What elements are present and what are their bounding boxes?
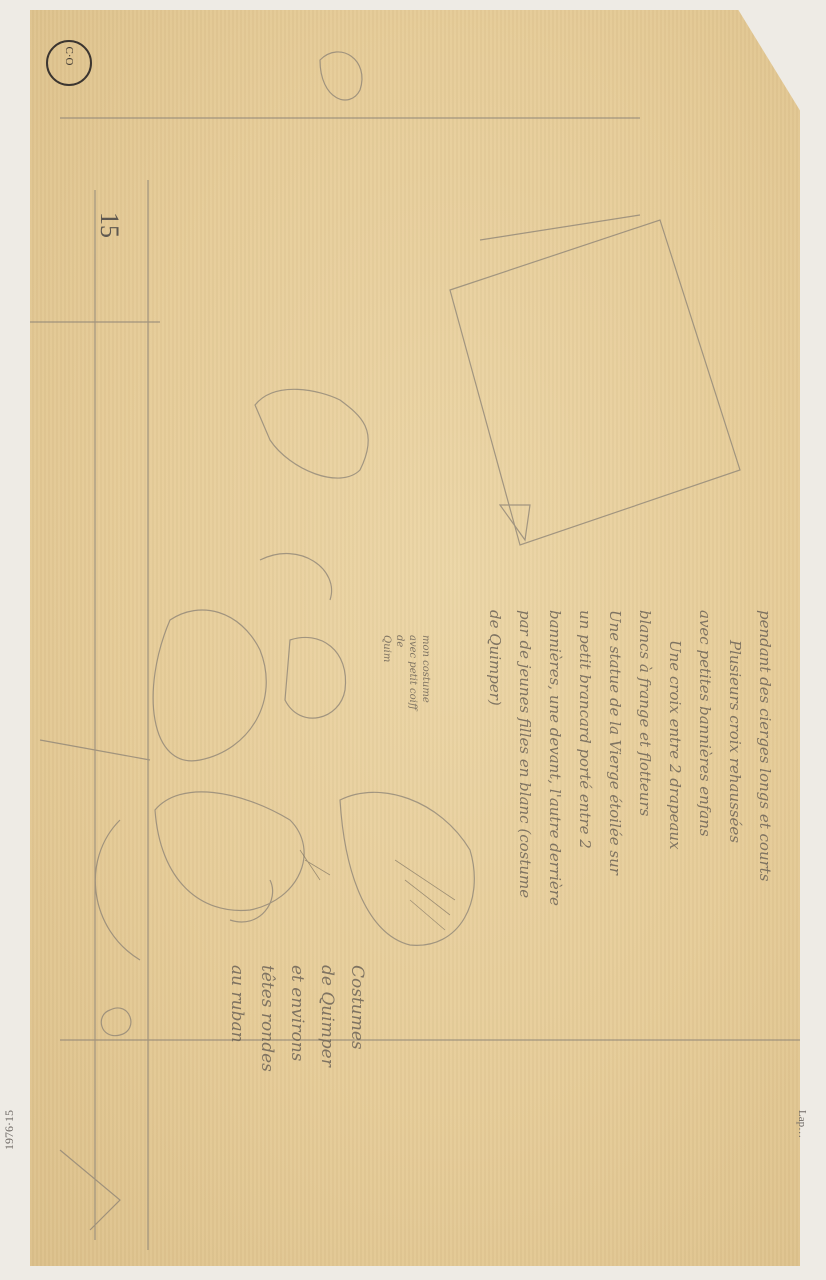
note-line: blancs à frange et flotteurs bbox=[630, 610, 660, 906]
catalog-mark: 1976·15 bbox=[2, 1110, 17, 1150]
note-line: bannières, une devant, l'autre derrière bbox=[540, 610, 570, 906]
note-line: et environs bbox=[282, 965, 312, 1072]
procession-notes: pendant des cierges longs et courts Plus… bbox=[480, 610, 780, 906]
note-line: Plusieurs croix rehaussées bbox=[720, 610, 750, 906]
note-line: de bbox=[393, 635, 406, 710]
note-line: Costumes bbox=[342, 965, 372, 1072]
note-line: avec petit coiff bbox=[406, 635, 419, 710]
stamp-text: C·O bbox=[63, 35, 75, 77]
edge-note: Lap… bbox=[796, 1110, 808, 1138]
note-line: Une croix entre 2 drapeaux bbox=[660, 610, 690, 906]
note-line: un petit brancard porté entre 2 bbox=[570, 610, 600, 906]
note-line: Quim bbox=[380, 635, 393, 710]
note-line: mon costume bbox=[419, 635, 432, 710]
note-line: Une statue de la Vierge étoilée sur bbox=[600, 610, 630, 906]
note-line: pendant des cierges longs et courts bbox=[750, 610, 780, 906]
costume-notes: Costumes de Quimper et environs têtes ro… bbox=[222, 965, 372, 1072]
note-line: au ruban bbox=[222, 965, 252, 1072]
figure-caption: mon costume avec petit coiff de Quim bbox=[380, 635, 432, 710]
note-line: têtes rondes bbox=[252, 965, 282, 1072]
note-line: de Quimper bbox=[312, 965, 342, 1072]
note-line: de Quimper) bbox=[480, 610, 510, 906]
collection-stamp: C·O bbox=[46, 40, 92, 86]
note-line: par de jeunes filles en blanc (costume bbox=[510, 610, 540, 906]
page-number: 15 bbox=[94, 212, 124, 238]
note-line: avec petites bannières enfans bbox=[690, 610, 720, 906]
